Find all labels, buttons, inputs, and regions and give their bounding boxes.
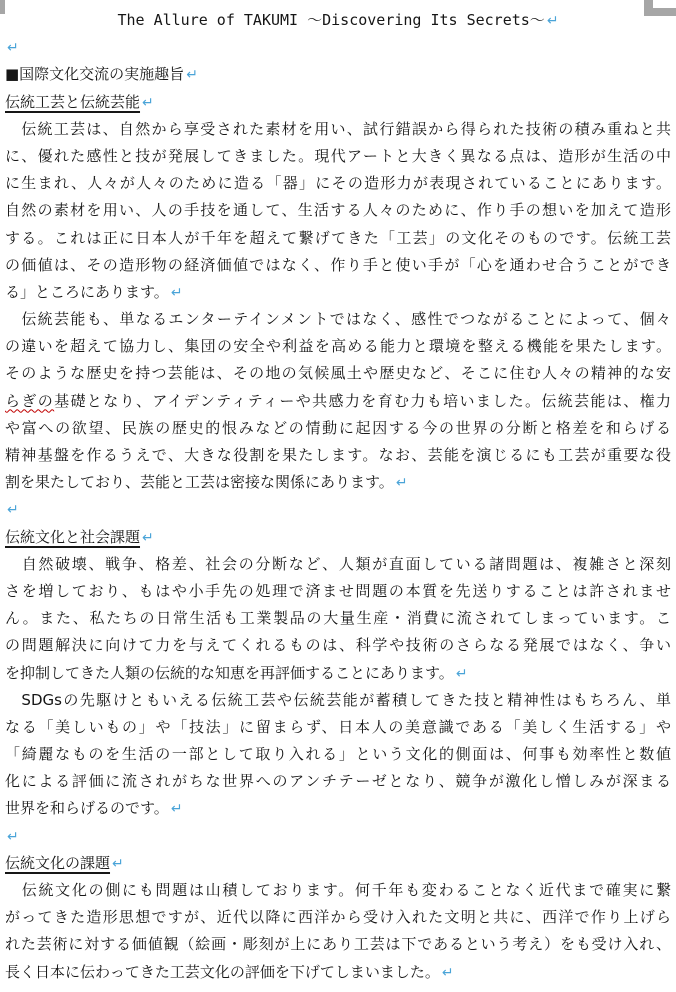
paragraph-mark: ↵ <box>442 960 454 986</box>
paragraph-mark: ↵ <box>112 851 124 877</box>
text-line: 自然の素材を用い、人の手技を通して、生活する人々のために、作り手の想いを加えて造… <box>5 197 671 224</box>
main-heading: ■国際文化交流の実施趣旨 <box>5 65 184 83</box>
paragraph-mark: ↵ <box>171 280 183 306</box>
text-line: 割を果たしており、芸能と工芸は密接な関係にあります。↵ <box>5 469 671 496</box>
document-title: The Allure of TAKUMI ～Discovering Its Se… <box>117 11 544 29</box>
paragraph-mark: ↵ <box>7 824 19 850</box>
paragraph-mark: ↵ <box>142 90 154 116</box>
paragraph-mark: ↵ <box>547 8 559 34</box>
section-heading-line: 伝統文化の課題↵ <box>5 850 671 877</box>
text-line: に、優れた感性と技が発展してきました。現代アートと大きく異なる点は、造形が生活の… <box>5 143 671 170</box>
text-line: 化による評価に流されがちな世界へのアンチテーゼとなり、競争が激化し憎しみが深まる <box>5 768 671 795</box>
document-title-line: The Allure of TAKUMI ～Discovering Its Se… <box>5 7 671 34</box>
text-line: る」ところにあります。↵ <box>5 279 671 306</box>
text-line: を抑制してきた人類の伝統的な知恵を再評価することにあります。↵ <box>5 660 671 687</box>
spellcheck-flagged-text: らぎの <box>5 392 54 410</box>
text-line: 伝統文化の側にも問題は山積しております。何千年も変わることなく近代まで確実に繋 <box>5 877 671 904</box>
section-heading-line: 伝統文化と社会課題↵ <box>5 524 671 551</box>
text-line: なる「美しいもの」や「技法」に留まらず、日本人の美意識である「美しく生活する」や <box>5 714 671 741</box>
paragraph-mark: ↵ <box>186 62 198 88</box>
text-line: がってきた造形思想ですが、近代以降に西洋から受け入れた文明と共に、西洋で作り上げ… <box>5 904 671 931</box>
paragraph-mark: ↵ <box>396 470 408 496</box>
text-line: そのような歴史を持つ芸能は、その地の気候風土や歴史など、そこに住む人々の精神的な… <box>5 360 671 387</box>
text-line: SDGsの先駆けともいえる伝統工芸や伝統芸能が蓄積してきた技と精神性はもちろん、… <box>5 687 671 714</box>
paragraph-mark: ↵ <box>7 497 19 523</box>
text-line: 伝統芸能も、単なるエンターテインメントではなく、感性でつながることによって、個々 <box>5 306 671 333</box>
text-line: 自然破壊、戦争、格差、社会の分断など、人類が直面している諸問題は、複雑さと深刻 <box>5 551 671 578</box>
section-heading: 伝統文化と社会課題 <box>5 528 140 546</box>
section-heading: 伝統文化の課題 <box>5 854 110 872</box>
paragraph-mark: ↵ <box>7 35 19 61</box>
text-line: 「綺麗なものを生活の一部として取り入れる」という文化的側面は、何事も効率性と数値 <box>5 741 671 768</box>
text-line: の問題解決に向けて力を与えてくれるものは、科学や技術のさらなる発展ではなく、争い <box>5 632 671 659</box>
text-line: 伝統工芸は、自然から享受された素材を用い、試行錯誤から得られた技術の積み重ねと共 <box>5 116 671 143</box>
section-heading-line: 伝統工芸と伝統芸能↵ <box>5 89 671 116</box>
text-line: 長く日本に伝わってきた工芸文化の評価を下げてしまいました。↵ <box>5 959 671 986</box>
text-line: 世界を和らげるのです。↵ <box>5 795 671 822</box>
section-heading: 伝統工芸と伝統芸能 <box>5 93 140 111</box>
text-line: の価値は、その造形物の経済価値ではなく、作り手と使い手が「心を通わせ合うことがで… <box>5 252 671 279</box>
text-line: れた芸術に対する価値観（絵画・彫刻が上にあり工芸は下であるという考え）をも受け入… <box>5 931 671 958</box>
text-line: さを増しており、もはや小手先の処理で済ませ問題の本質を先送りすることは許されませ <box>5 578 671 605</box>
main-heading-line: ■国際文化交流の実施趣旨↵ <box>5 61 671 88</box>
blank-line: ↵ <box>5 496 671 523</box>
blank-line: ↵ <box>5 34 671 61</box>
document-body[interactable]: The Allure of TAKUMI ～Discovering Its Se… <box>5 7 671 986</box>
text-line: に生まれ、人々が人々のために造る「器」にその造形力が表現されていることにあります… <box>5 170 671 197</box>
text-line: の違いを超えて協力し、集団の安全や利益を高める能力と環境を整える機能を果たします… <box>5 333 671 360</box>
text-line: ん。また、私たちの日常生活も工業製品の大量生産・消費に流されてしまっています。こ <box>5 605 671 632</box>
blank-line: ↵ <box>5 823 671 850</box>
paragraph-mark: ↵ <box>171 796 183 822</box>
text-line: や富への欲望、民族の歴史的恨みなどの情動に起因する今の世界の分断と格差を和らげる <box>5 415 671 442</box>
text-line: 精神基盤を作るうえで、大きな役割を果たします。なお、芸能を演じるにも工芸が重要な… <box>5 442 671 469</box>
paragraph-mark: ↵ <box>142 525 154 551</box>
text-line: らぎの基礎となり、アイデンティティーや共感力を育む力も培いました。伝統芸能は、権… <box>5 388 671 415</box>
paragraph-mark: ↵ <box>456 661 468 687</box>
text-line: する。これは正に日本人が千年を超えて繋げてきた「工芸」の文化そのものです。伝統工… <box>5 225 671 252</box>
document-page[interactable]: The Allure of TAKUMI ～Discovering Its Se… <box>0 0 676 992</box>
